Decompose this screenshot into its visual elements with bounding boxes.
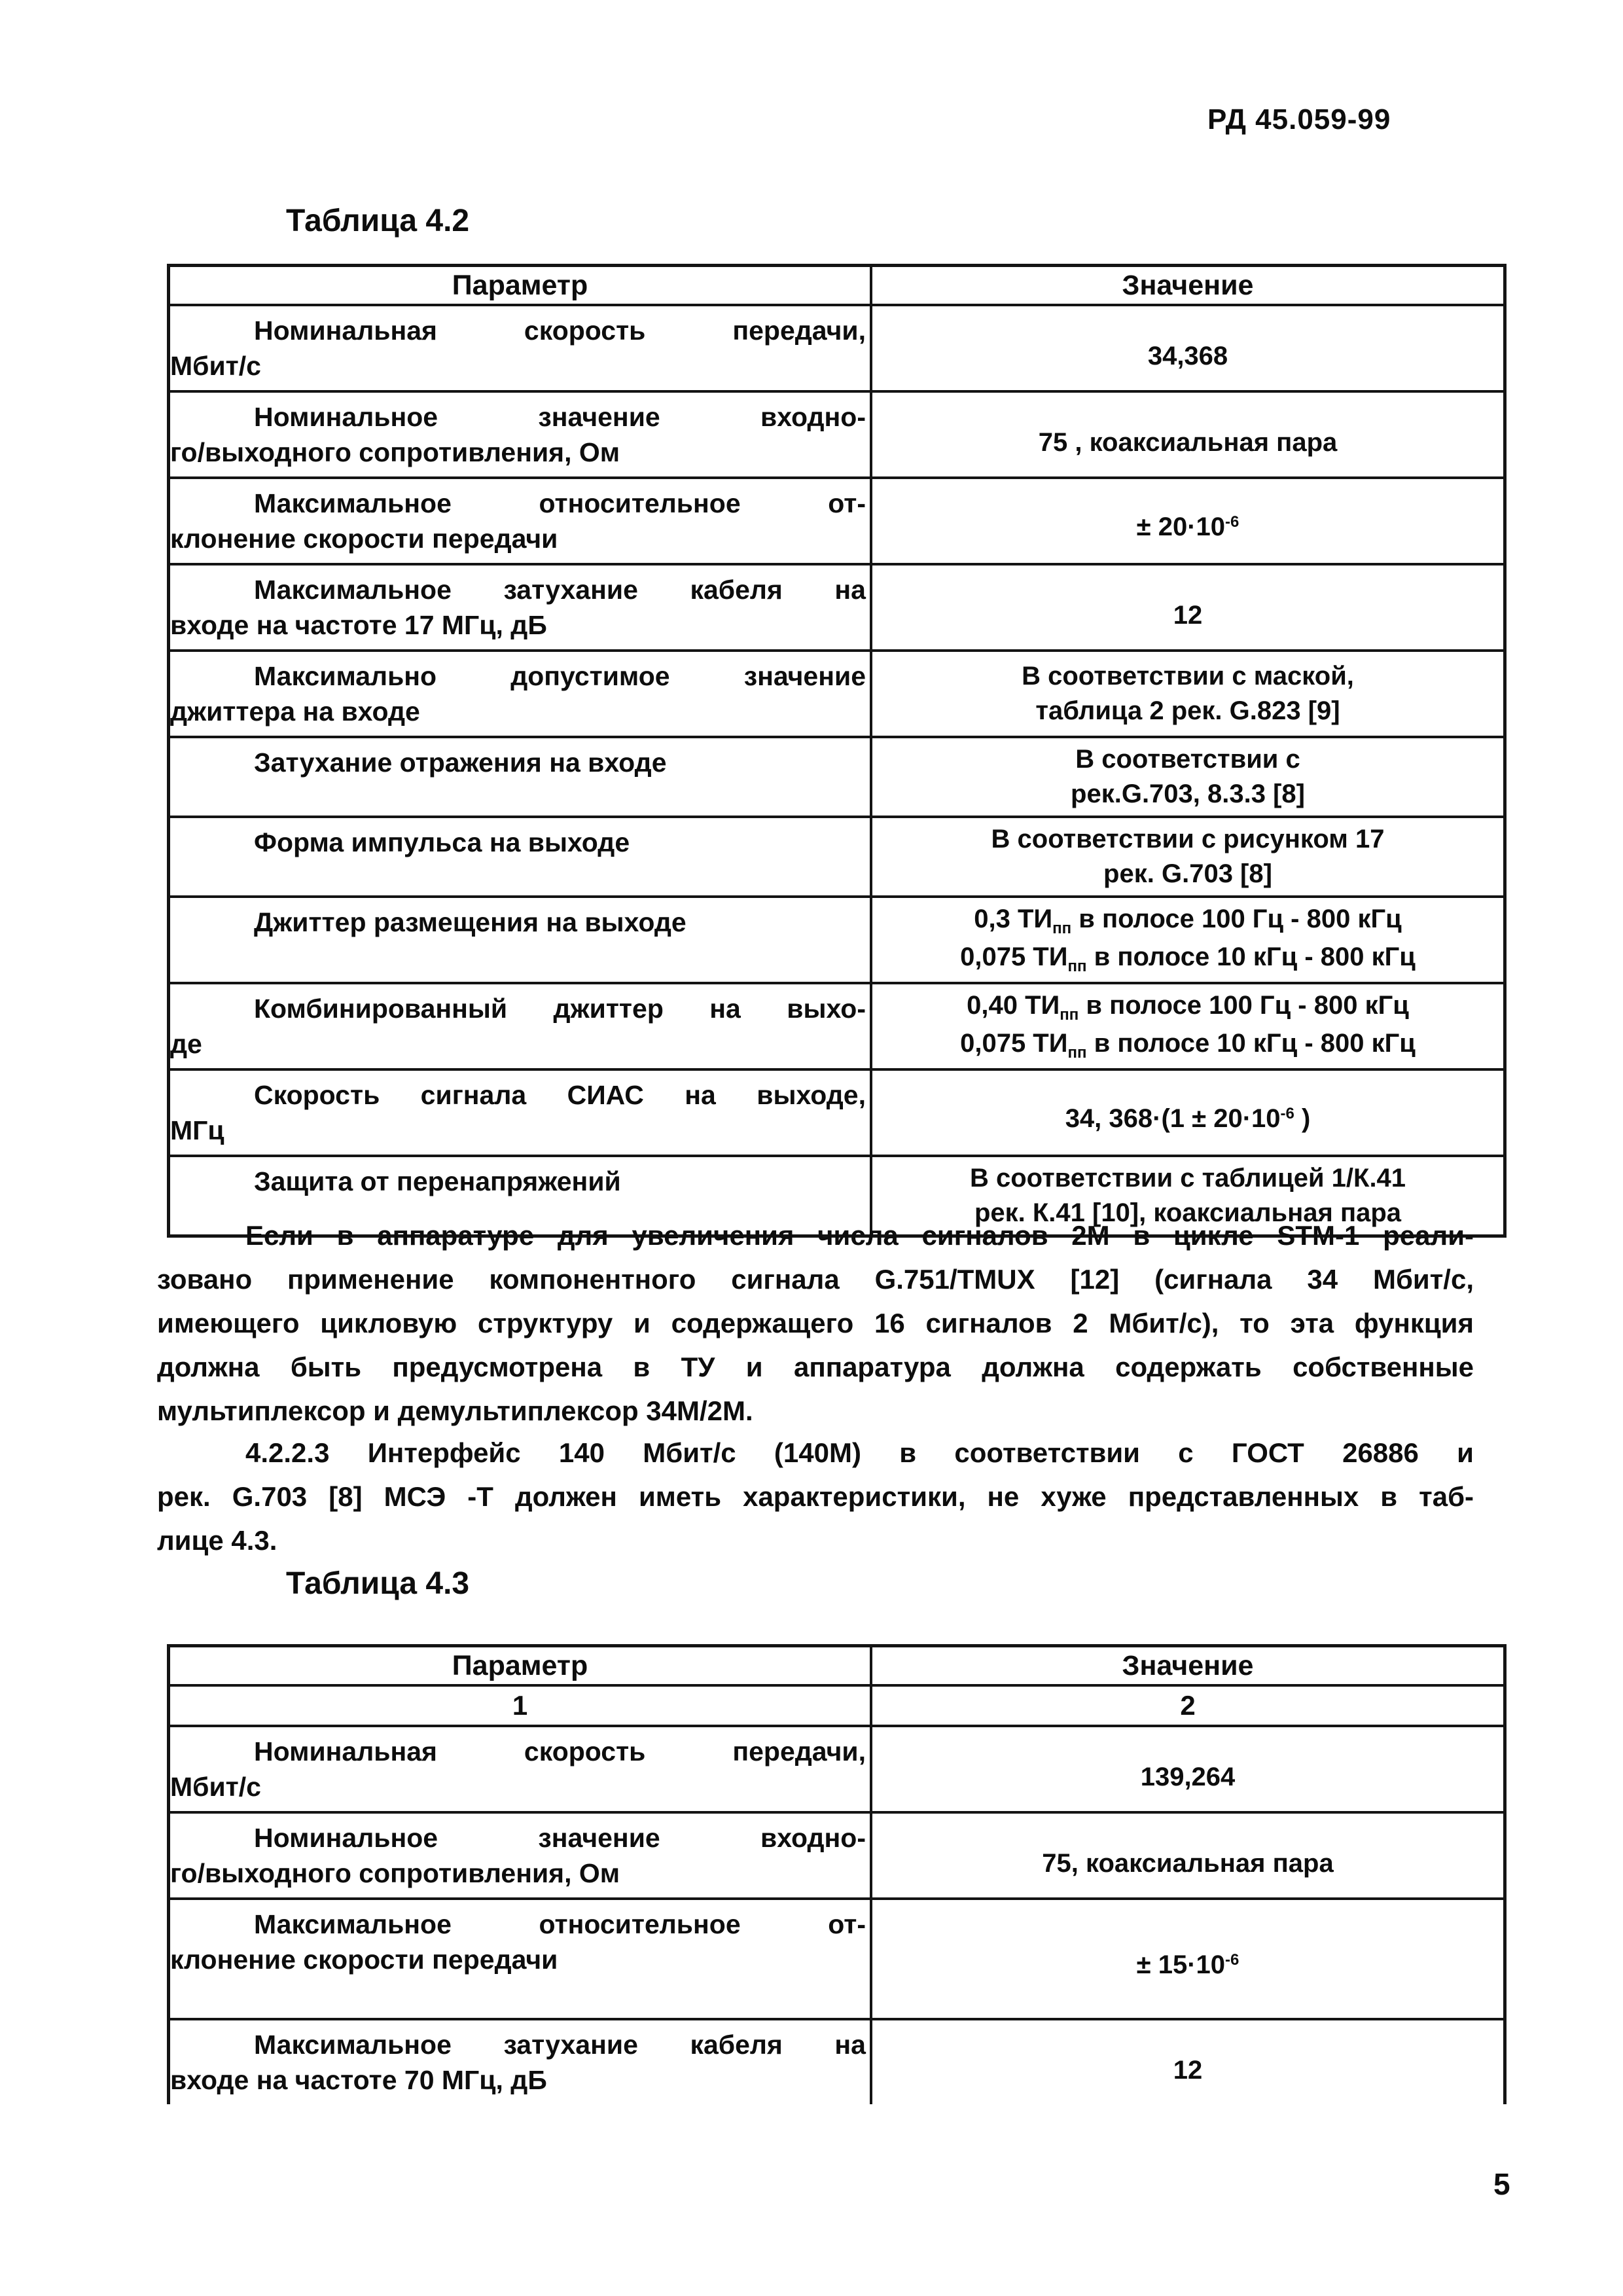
document-page: РД 45.059-99 Таблица 4.2 ПараметрЗначени… <box>0 0 1623 2296</box>
table-row: Максимальное относительное от-клонение с… <box>170 479 1503 565</box>
value-line: ± 20·10-6 <box>1137 510 1240 548</box>
param-line: Джиттер размещения на выходе <box>170 905 866 940</box>
paragraph-line: зовано применение компонентного сигнала … <box>157 1257 1474 1301</box>
table-row: Скорость сигнала СИАС на выходе,МГц34, 3… <box>170 1071 1503 1157</box>
table-header-row: ПараметрЗначение <box>170 1647 1503 1687</box>
param-cell: Номинальное значение входно-го/выходного… <box>170 393 872 476</box>
value-line: В соответствии с таблицей 1/К.41 <box>970 1161 1406 1196</box>
param-cell: Форма импульса на выходе <box>170 818 872 895</box>
paragraph-4-2-2-3: 4.2.2.3 Интерфейс 140 Мбит/с (140М) в со… <box>157 1431 1474 1562</box>
value-text: 0,3 ТИ <box>974 905 1052 933</box>
column-number: 1 <box>170 1687 872 1725</box>
value-cell: 12 <box>872 565 1503 649</box>
param-cell: Максимальное относительное от-клонение с… <box>170 1900 872 2018</box>
value-line: 0,40 ТИпп в полосе 100 Гц - 800 кГц <box>967 988 1409 1026</box>
param-line: Номинальная скорость передачи, <box>170 313 866 348</box>
value-line: В соответствии с рисунком 17 <box>991 822 1385 857</box>
param-cell: Номинальная скорость передачи,Мбит/с <box>170 1727 872 1811</box>
value-line: ± 15·10-6 <box>1137 1948 1240 1986</box>
value-text: ) <box>1294 1104 1310 1133</box>
param-line: Мбит/с <box>170 1769 866 1804</box>
value-cell: 139,264 <box>872 1727 1503 1811</box>
page-number: 5 <box>1493 2166 1510 2202</box>
value-text: 34,368 <box>1148 342 1228 370</box>
value-text: В соответствии с таблицей 1/К.41 <box>970 1164 1406 1193</box>
param-line: де <box>170 1026 866 1062</box>
column-header: Значение <box>872 267 1503 304</box>
param-line: го/выходного сопротивления, Ом <box>170 435 866 470</box>
value-text: рек. G.703 [8] <box>1103 859 1272 888</box>
value-text: в полосе 10 кГц - 800 кГц <box>1087 942 1416 971</box>
table-row: Номинальное значение входно-го/выходного… <box>170 1814 1503 1900</box>
value-text: 34, 368·(1 ± 20·10 <box>1065 1104 1281 1133</box>
param-line: го/выходного сопротивления, Ом <box>170 1856 866 1891</box>
value-cell: 0,3 ТИпп в полосе 100 Гц - 800 кГц0,075 … <box>872 898 1503 982</box>
paragraph-line: Если в аппаратуре для увеличения числа с… <box>157 1213 1474 1257</box>
paragraph-line: имеющего цикловую структуру и содержащег… <box>157 1301 1474 1345</box>
value-line: 0,075 ТИпп в полосе 10 кГц - 800 кГц <box>960 1026 1416 1064</box>
paragraph-line: 4.2.2.3 Интерфейс 140 Мбит/с (140М) в со… <box>157 1431 1474 1475</box>
param-line: Максимальное относительное от- <box>170 1907 866 1942</box>
value-text: 12 <box>1173 2056 1203 2085</box>
param-line: Затухание отражения на входе <box>170 745 866 780</box>
value-cell: В соответствии с маской,таблица 2 рек. G… <box>872 652 1503 736</box>
table-header-row: ПараметрЗначение <box>170 267 1503 306</box>
superscript: -6 <box>1225 1951 1239 1969</box>
paragraph-line: рек. G.703 [8] МСЭ -Т должен иметь харак… <box>157 1475 1474 1518</box>
value-cell: 34,368 <box>872 306 1503 390</box>
value-text: ± 20·10 <box>1137 512 1225 541</box>
paragraph-line: должна быть предусмотрена в ТУ и аппарат… <box>157 1345 1474 1389</box>
param-line: Максимальное относительное от- <box>170 486 866 521</box>
param-line: джиттера на входе <box>170 694 866 729</box>
value-line: В соответствии с <box>1075 742 1300 777</box>
value-text: 0,075 ТИ <box>960 942 1067 971</box>
value-line: рек. G.703 [8] <box>1103 857 1272 891</box>
value-line: 75, коаксиальная пара <box>1042 1846 1333 1881</box>
table-row: Номинальная скорость передачи,Мбит/с139,… <box>170 1727 1503 1814</box>
value-text: ± 15·10 <box>1137 1950 1225 1979</box>
paragraph-line: лице 4.3. <box>157 1518 1474 1562</box>
param-line: Максимальное затухание кабеля на <box>170 2027 866 2062</box>
value-text: 75, коаксиальная пара <box>1042 1849 1333 1878</box>
value-text: в полосе 10 кГц - 800 кГц <box>1087 1029 1416 1058</box>
param-line: Форма импульса на выходе <box>170 825 866 860</box>
param-line: Мбит/с <box>170 348 866 384</box>
subscript: пп <box>1052 920 1071 937</box>
param-cell: Комбинированный джиттер на выхо-де <box>170 984 872 1068</box>
param-line: Номинальная скорость передачи, <box>170 1734 866 1769</box>
value-cell: ± 20·10-6 <box>872 479 1503 563</box>
value-cell: В соответствии срек.G.703, 8.3.3 [8] <box>872 738 1503 816</box>
table-row: Максимально допустимое значениеджиттера … <box>170 652 1503 738</box>
param-line: МГц <box>170 1113 866 1148</box>
param-cell: Номинальное значение входно-го/выходного… <box>170 1814 872 1897</box>
value-text: в полосе 100 Гц - 800 кГц <box>1071 905 1402 933</box>
table-row: Джиттер размещения на выходе0,3 ТИпп в п… <box>170 898 1503 984</box>
param-cell: Максимальное затухание кабеля навходе на… <box>170 565 872 649</box>
paragraph-stm1: Если в аппаратуре для увеличения числа с… <box>157 1213 1474 1433</box>
value-cell: 75 , коаксиальная пара <box>872 393 1503 476</box>
value-cell: 75, коаксиальная пара <box>872 1814 1503 1897</box>
value-line: 139,264 <box>1141 1760 1236 1795</box>
column-number-row: 12 <box>170 1687 1503 1727</box>
table-4-3-title: Таблица 4.3 <box>286 1566 469 1602</box>
paragraph-line: мультиплексор и демультиплексор 34М/2М. <box>157 1389 1474 1433</box>
param-line: клонение скорости передачи <box>170 521 866 556</box>
value-line: 12 <box>1173 2053 1203 2088</box>
value-text: 0,075 ТИ <box>960 1029 1067 1058</box>
document-number: РД 45.059-99 <box>1207 103 1391 136</box>
value-cell: ± 15·10-6 <box>872 1900 1503 2018</box>
value-text: рек.G.703, 8.3.3 [8] <box>1071 780 1305 808</box>
param-line: клонение скорости передачи <box>170 1942 866 1977</box>
value-text: 139,264 <box>1141 1763 1236 1791</box>
param-line: Номинальное значение входно- <box>170 1820 866 1856</box>
subscript: пп <box>1068 958 1087 975</box>
table-4-2-title: Таблица 4.2 <box>286 203 469 239</box>
value-line: 34, 368·(1 ± 20·10-6 ) <box>1065 1102 1311 1139</box>
column-header: Параметр <box>170 267 872 304</box>
table-4-2: ПараметрЗначениеНоминальная скорость пер… <box>167 264 1507 1238</box>
value-text: таблица 2 рек. G.823 [9] <box>1035 696 1340 725</box>
param-cell: Скорость сигнала СИАС на выходе,МГц <box>170 1071 872 1155</box>
table-row: Номинальная скорость передачи,Мбит/с34,3… <box>170 306 1503 393</box>
value-line: В соответствии с маской, <box>1022 659 1354 694</box>
value-cell: 34, 368·(1 ± 20·10-6 ) <box>872 1071 1503 1155</box>
value-text: В соответствии с рисунком 17 <box>991 825 1385 853</box>
value-text: в полосе 100 Гц - 800 кГц <box>1079 991 1409 1020</box>
subscript: пп <box>1068 1044 1087 1062</box>
column-header: Значение <box>872 1647 1503 1684</box>
table-row: Комбинированный джиттер на выхо-де0,40 Т… <box>170 984 1503 1071</box>
param-line: входе на частоте 70 МГц, дБ <box>170 2062 866 2098</box>
param-cell: Максимальное относительное от-клонение с… <box>170 479 872 563</box>
column-header: Параметр <box>170 1647 872 1684</box>
param-cell: Номинальная скорость передачи,Мбит/с <box>170 306 872 390</box>
superscript: -6 <box>1281 1105 1294 1122</box>
param-line: Максимально допустимое значение <box>170 658 866 694</box>
param-cell: Максимальное затухание кабеля навходе на… <box>170 2020 872 2104</box>
param-line: Комбинированный джиттер на выхо- <box>170 991 866 1026</box>
value-text: В соответствии с <box>1075 745 1300 774</box>
param-cell: Затухание отражения на входе <box>170 738 872 816</box>
subscript: пп <box>1060 1006 1079 1024</box>
table-row: Форма импульса на выходеВ соответствии с… <box>170 818 1503 898</box>
value-cell: В соответствии с рисунком 17рек. G.703 [… <box>872 818 1503 895</box>
param-line: Скорость сигнала СИАС на выходе, <box>170 1077 866 1113</box>
value-line: 75 , коаксиальная пара <box>1039 425 1338 460</box>
param-line: входе на частоте 17 МГц, дБ <box>170 607 866 643</box>
param-line: Защита от перенапряжений <box>170 1164 866 1199</box>
value-line: 0,3 ТИпп в полосе 100 Гц - 800 кГц <box>974 902 1402 940</box>
column-number: 2 <box>872 1687 1503 1725</box>
table-row: Затухание отражения на входеВ соответств… <box>170 738 1503 818</box>
value-text: 12 <box>1173 601 1203 630</box>
value-text: В соответствии с маской, <box>1022 662 1354 691</box>
table-row: Максимальное относительное от-клонение с… <box>170 1900 1503 2020</box>
superscript: -6 <box>1225 513 1239 531</box>
value-line: таблица 2 рек. G.823 [9] <box>1035 694 1340 728</box>
value-line: 12 <box>1173 598 1203 633</box>
table-row: Максимальное затухание кабеля навходе на… <box>170 565 1503 652</box>
param-cell: Джиттер размещения на выходе <box>170 898 872 982</box>
table-row: Максимальное затухание кабеля навходе на… <box>170 2020 1503 2104</box>
param-line: Максимальное затухание кабеля на <box>170 572 866 607</box>
param-line: Номинальное значение входно- <box>170 399 866 435</box>
table-row: Номинальное значение входно-го/выходного… <box>170 393 1503 479</box>
value-line: 0,075 ТИпп в полосе 10 кГц - 800 кГц <box>960 940 1416 978</box>
value-line: 34,368 <box>1148 339 1228 374</box>
value-line: рек.G.703, 8.3.3 [8] <box>1071 777 1305 812</box>
value-text: 0,40 ТИ <box>967 991 1060 1020</box>
param-cell: Максимально допустимое значениеджиттера … <box>170 652 872 736</box>
value-cell: 0,40 ТИпп в полосе 100 Гц - 800 кГц0,075… <box>872 984 1503 1068</box>
value-cell: 12 <box>872 2020 1503 2104</box>
table-4-3: ПараметрЗначение12Номинальная скорость п… <box>167 1644 1507 2104</box>
value-text: 75 , коаксиальная пара <box>1039 428 1338 457</box>
